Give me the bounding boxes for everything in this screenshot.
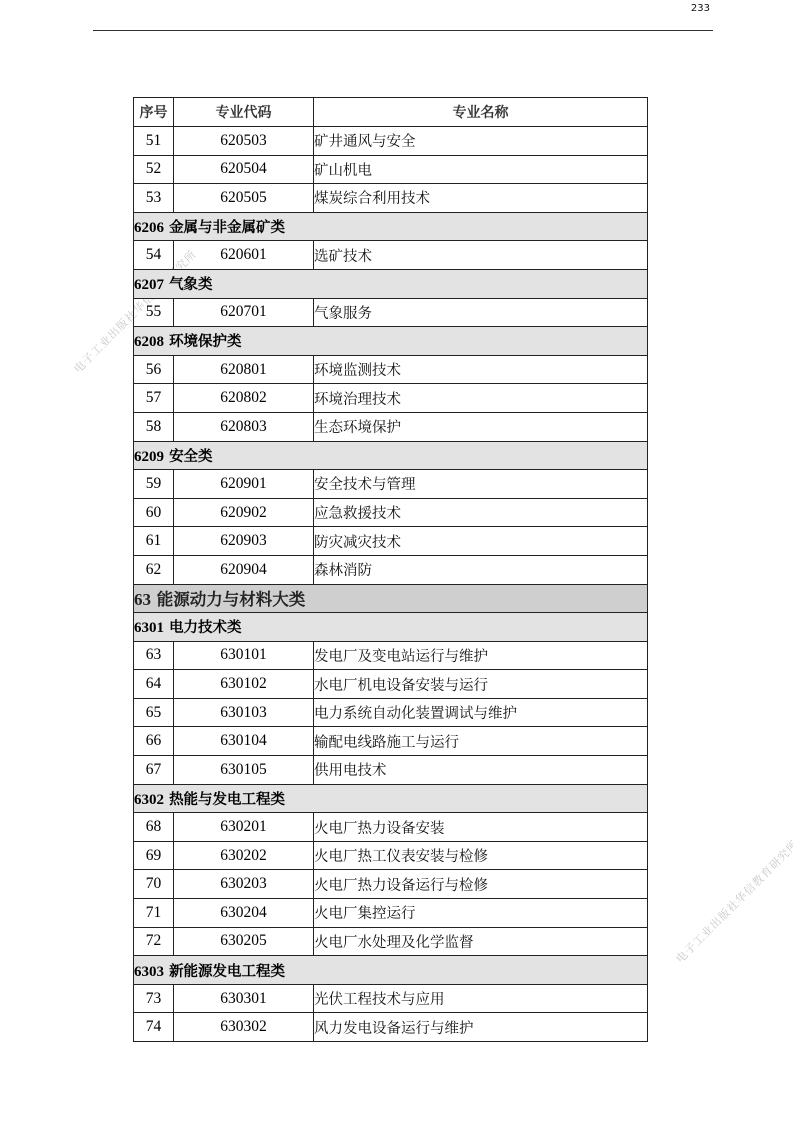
major-category-row: 63 能源动力与材料大类 bbox=[134, 584, 648, 613]
row-seq: 73 bbox=[134, 984, 174, 1013]
row-seq: 63 bbox=[134, 641, 174, 670]
table-row: 74630302风力发电设备运行与维护 bbox=[134, 1013, 648, 1042]
row-seq: 68 bbox=[134, 813, 174, 842]
table-row: 59620901安全技术与管理 bbox=[134, 470, 648, 499]
row-code: 620504 bbox=[174, 155, 314, 184]
category-name: 金属与非金属矿类 bbox=[169, 220, 285, 236]
row-seq: 53 bbox=[134, 184, 174, 213]
table-row: 66630104输配电线路施工与运行 bbox=[134, 727, 648, 756]
row-name: 电力系统自动化装置调试与维护 bbox=[314, 698, 648, 727]
row-name: 火电厂集控运行 bbox=[314, 899, 648, 928]
table-row: 71630204火电厂集控运行 bbox=[134, 899, 648, 928]
row-code: 630204 bbox=[174, 899, 314, 928]
row-name: 供用电技术 bbox=[314, 756, 648, 785]
header-rule bbox=[93, 30, 713, 31]
row-code: 620701 bbox=[174, 298, 314, 327]
row-seq: 55 bbox=[134, 298, 174, 327]
table-row: 52620504矿山机电 bbox=[134, 155, 648, 184]
row-name: 应急救援技术 bbox=[314, 498, 648, 527]
header-name: 专业名称 bbox=[314, 98, 648, 127]
category-name: 气象类 bbox=[169, 277, 213, 293]
row-code: 630301 bbox=[174, 984, 314, 1013]
row-name: 煤炭综合利用技术 bbox=[314, 184, 648, 213]
table-row: 70630203火电厂热力设备运行与检修 bbox=[134, 870, 648, 899]
row-seq: 57 bbox=[134, 384, 174, 413]
category-name: 热能与发电工程类 bbox=[169, 792, 285, 808]
table-row: 55620701气象服务 bbox=[134, 298, 648, 327]
row-seq: 60 bbox=[134, 498, 174, 527]
table-row: 67630105供用电技术 bbox=[134, 756, 648, 785]
row-name: 环境监测技术 bbox=[314, 355, 648, 384]
row-seq: 70 bbox=[134, 870, 174, 899]
row-name: 矿井通风与安全 bbox=[314, 127, 648, 156]
table-body: 51620503矿井通风与安全52620504矿山机电53620505煤炭综合利… bbox=[134, 127, 648, 1042]
row-seq: 74 bbox=[134, 1013, 174, 1042]
table-row: 68630201火电厂热力设备安装 bbox=[134, 813, 648, 842]
row-code: 620903 bbox=[174, 527, 314, 556]
row-seq: 59 bbox=[134, 470, 174, 499]
category-name: 安全类 bbox=[169, 449, 213, 465]
row-code: 630202 bbox=[174, 841, 314, 870]
category-code: 6303 bbox=[134, 964, 164, 980]
sub-category-row: 6206 金属与非金属矿类 bbox=[134, 212, 648, 241]
row-name: 火电厂热工仪表安装与检修 bbox=[314, 841, 648, 870]
table-row: 69630202火电厂热工仪表安装与检修 bbox=[134, 841, 648, 870]
row-seq: 54 bbox=[134, 241, 174, 270]
table-row: 51620503矿井通风与安全 bbox=[134, 127, 648, 156]
row-code: 630103 bbox=[174, 698, 314, 727]
row-seq: 71 bbox=[134, 899, 174, 928]
row-name: 森林消防 bbox=[314, 555, 648, 584]
row-name: 火电厂水处理及化学监督 bbox=[314, 927, 648, 956]
category-code: 63 bbox=[134, 590, 151, 609]
row-seq: 61 bbox=[134, 527, 174, 556]
page-number: 233 bbox=[680, 3, 710, 14]
row-code: 620904 bbox=[174, 555, 314, 584]
row-code: 620505 bbox=[174, 184, 314, 213]
table-row: 65630103电力系统自动化装置调试与维护 bbox=[134, 698, 648, 727]
table-row: 64630102水电厂机电设备安装与运行 bbox=[134, 670, 648, 699]
row-seq: 66 bbox=[134, 727, 174, 756]
row-seq: 52 bbox=[134, 155, 174, 184]
row-seq: 72 bbox=[134, 927, 174, 956]
table-row: 54620601选矿技术 bbox=[134, 241, 648, 270]
category-name: 环境保护类 bbox=[169, 334, 242, 350]
table-row: 57620802环境治理技术 bbox=[134, 384, 648, 413]
sub-category-row: 6207 气象类 bbox=[134, 269, 648, 298]
row-code: 630201 bbox=[174, 813, 314, 842]
table-row: 73630301光伏工程技术与应用 bbox=[134, 984, 648, 1013]
row-seq: 62 bbox=[134, 555, 174, 584]
header-code: 专业代码 bbox=[174, 98, 314, 127]
category-name: 电力技术类 bbox=[169, 620, 242, 636]
row-code: 630203 bbox=[174, 870, 314, 899]
category-code: 6208 bbox=[134, 334, 164, 350]
category-code: 6302 bbox=[134, 792, 164, 808]
sub-category-row: 6302 热能与发电工程类 bbox=[134, 784, 648, 813]
row-name: 防灾减灾技术 bbox=[314, 527, 648, 556]
row-code: 630302 bbox=[174, 1013, 314, 1042]
watermark: 电子工业出版社华信教育研究所 bbox=[672, 836, 793, 966]
header-seq: 序号 bbox=[134, 98, 174, 127]
sub-category-row: 6303 新能源发电工程类 bbox=[134, 956, 648, 985]
row-name: 光伏工程技术与应用 bbox=[314, 984, 648, 1013]
row-code: 630205 bbox=[174, 927, 314, 956]
table-row: 56620801环境监测技术 bbox=[134, 355, 648, 384]
category-code: 6206 bbox=[134, 220, 164, 236]
row-seq: 69 bbox=[134, 841, 174, 870]
category-label: 6209 安全类 bbox=[134, 441, 648, 470]
category-name: 新能源发电工程类 bbox=[169, 964, 285, 980]
sub-category-row: 6209 安全类 bbox=[134, 441, 648, 470]
table-header-row: 序号 专业代码 专业名称 bbox=[134, 98, 648, 127]
row-name: 火电厂热力设备安装 bbox=[314, 813, 648, 842]
row-code: 620601 bbox=[174, 241, 314, 270]
row-seq: 51 bbox=[134, 127, 174, 156]
row-code: 620503 bbox=[174, 127, 314, 156]
category-label: 6302 热能与发电工程类 bbox=[134, 784, 648, 813]
row-name: 生态环境保护 bbox=[314, 412, 648, 441]
category-label: 63 能源动力与材料大类 bbox=[134, 584, 648, 613]
row-name: 环境治理技术 bbox=[314, 384, 648, 413]
table-row: 53620505煤炭综合利用技术 bbox=[134, 184, 648, 213]
row-seq: 67 bbox=[134, 756, 174, 785]
row-name: 安全技术与管理 bbox=[314, 470, 648, 499]
row-code: 630101 bbox=[174, 641, 314, 670]
category-label: 6301 电力技术类 bbox=[134, 613, 648, 642]
row-seq: 56 bbox=[134, 355, 174, 384]
category-label: 6207 气象类 bbox=[134, 269, 648, 298]
table-row: 58620803生态环境保护 bbox=[134, 412, 648, 441]
row-code: 630102 bbox=[174, 670, 314, 699]
sub-category-row: 6301 电力技术类 bbox=[134, 613, 648, 642]
row-name: 水电厂机电设备安装与运行 bbox=[314, 670, 648, 699]
row-name: 选矿技术 bbox=[314, 241, 648, 270]
table-row: 63630101发电厂及变电站运行与维护 bbox=[134, 641, 648, 670]
category-label: 6208 环境保护类 bbox=[134, 327, 648, 356]
category-label: 6303 新能源发电工程类 bbox=[134, 956, 648, 985]
row-name: 矿山机电 bbox=[314, 155, 648, 184]
category-code: 6301 bbox=[134, 620, 164, 636]
row-code: 620902 bbox=[174, 498, 314, 527]
row-name: 气象服务 bbox=[314, 298, 648, 327]
row-name: 输配电线路施工与运行 bbox=[314, 727, 648, 756]
category-code: 6209 bbox=[134, 449, 164, 465]
row-seq: 64 bbox=[134, 670, 174, 699]
row-name: 发电厂及变电站运行与维护 bbox=[314, 641, 648, 670]
category-code: 6207 bbox=[134, 277, 164, 293]
sub-category-row: 6208 环境保护类 bbox=[134, 327, 648, 356]
row-code: 630105 bbox=[174, 756, 314, 785]
row-code: 630104 bbox=[174, 727, 314, 756]
category-name: 能源动力与材料大类 bbox=[157, 590, 306, 609]
category-label: 6206 金属与非金属矿类 bbox=[134, 212, 648, 241]
table-row: 72630205火电厂水处理及化学监督 bbox=[134, 927, 648, 956]
row-name: 风力发电设备运行与维护 bbox=[314, 1013, 648, 1042]
table-row: 62620904森林消防 bbox=[134, 555, 648, 584]
row-seq: 65 bbox=[134, 698, 174, 727]
row-code: 620901 bbox=[174, 470, 314, 499]
row-code: 620803 bbox=[174, 412, 314, 441]
major-list-table: 序号 专业代码 专业名称 51620503矿井通风与安全52620504矿山机电… bbox=[133, 97, 648, 1042]
row-seq: 58 bbox=[134, 412, 174, 441]
row-code: 620801 bbox=[174, 355, 314, 384]
row-code: 620802 bbox=[174, 384, 314, 413]
table-row: 60620902应急救援技术 bbox=[134, 498, 648, 527]
table-row: 61620903防灾减灾技术 bbox=[134, 527, 648, 556]
row-name: 火电厂热力设备运行与检修 bbox=[314, 870, 648, 899]
